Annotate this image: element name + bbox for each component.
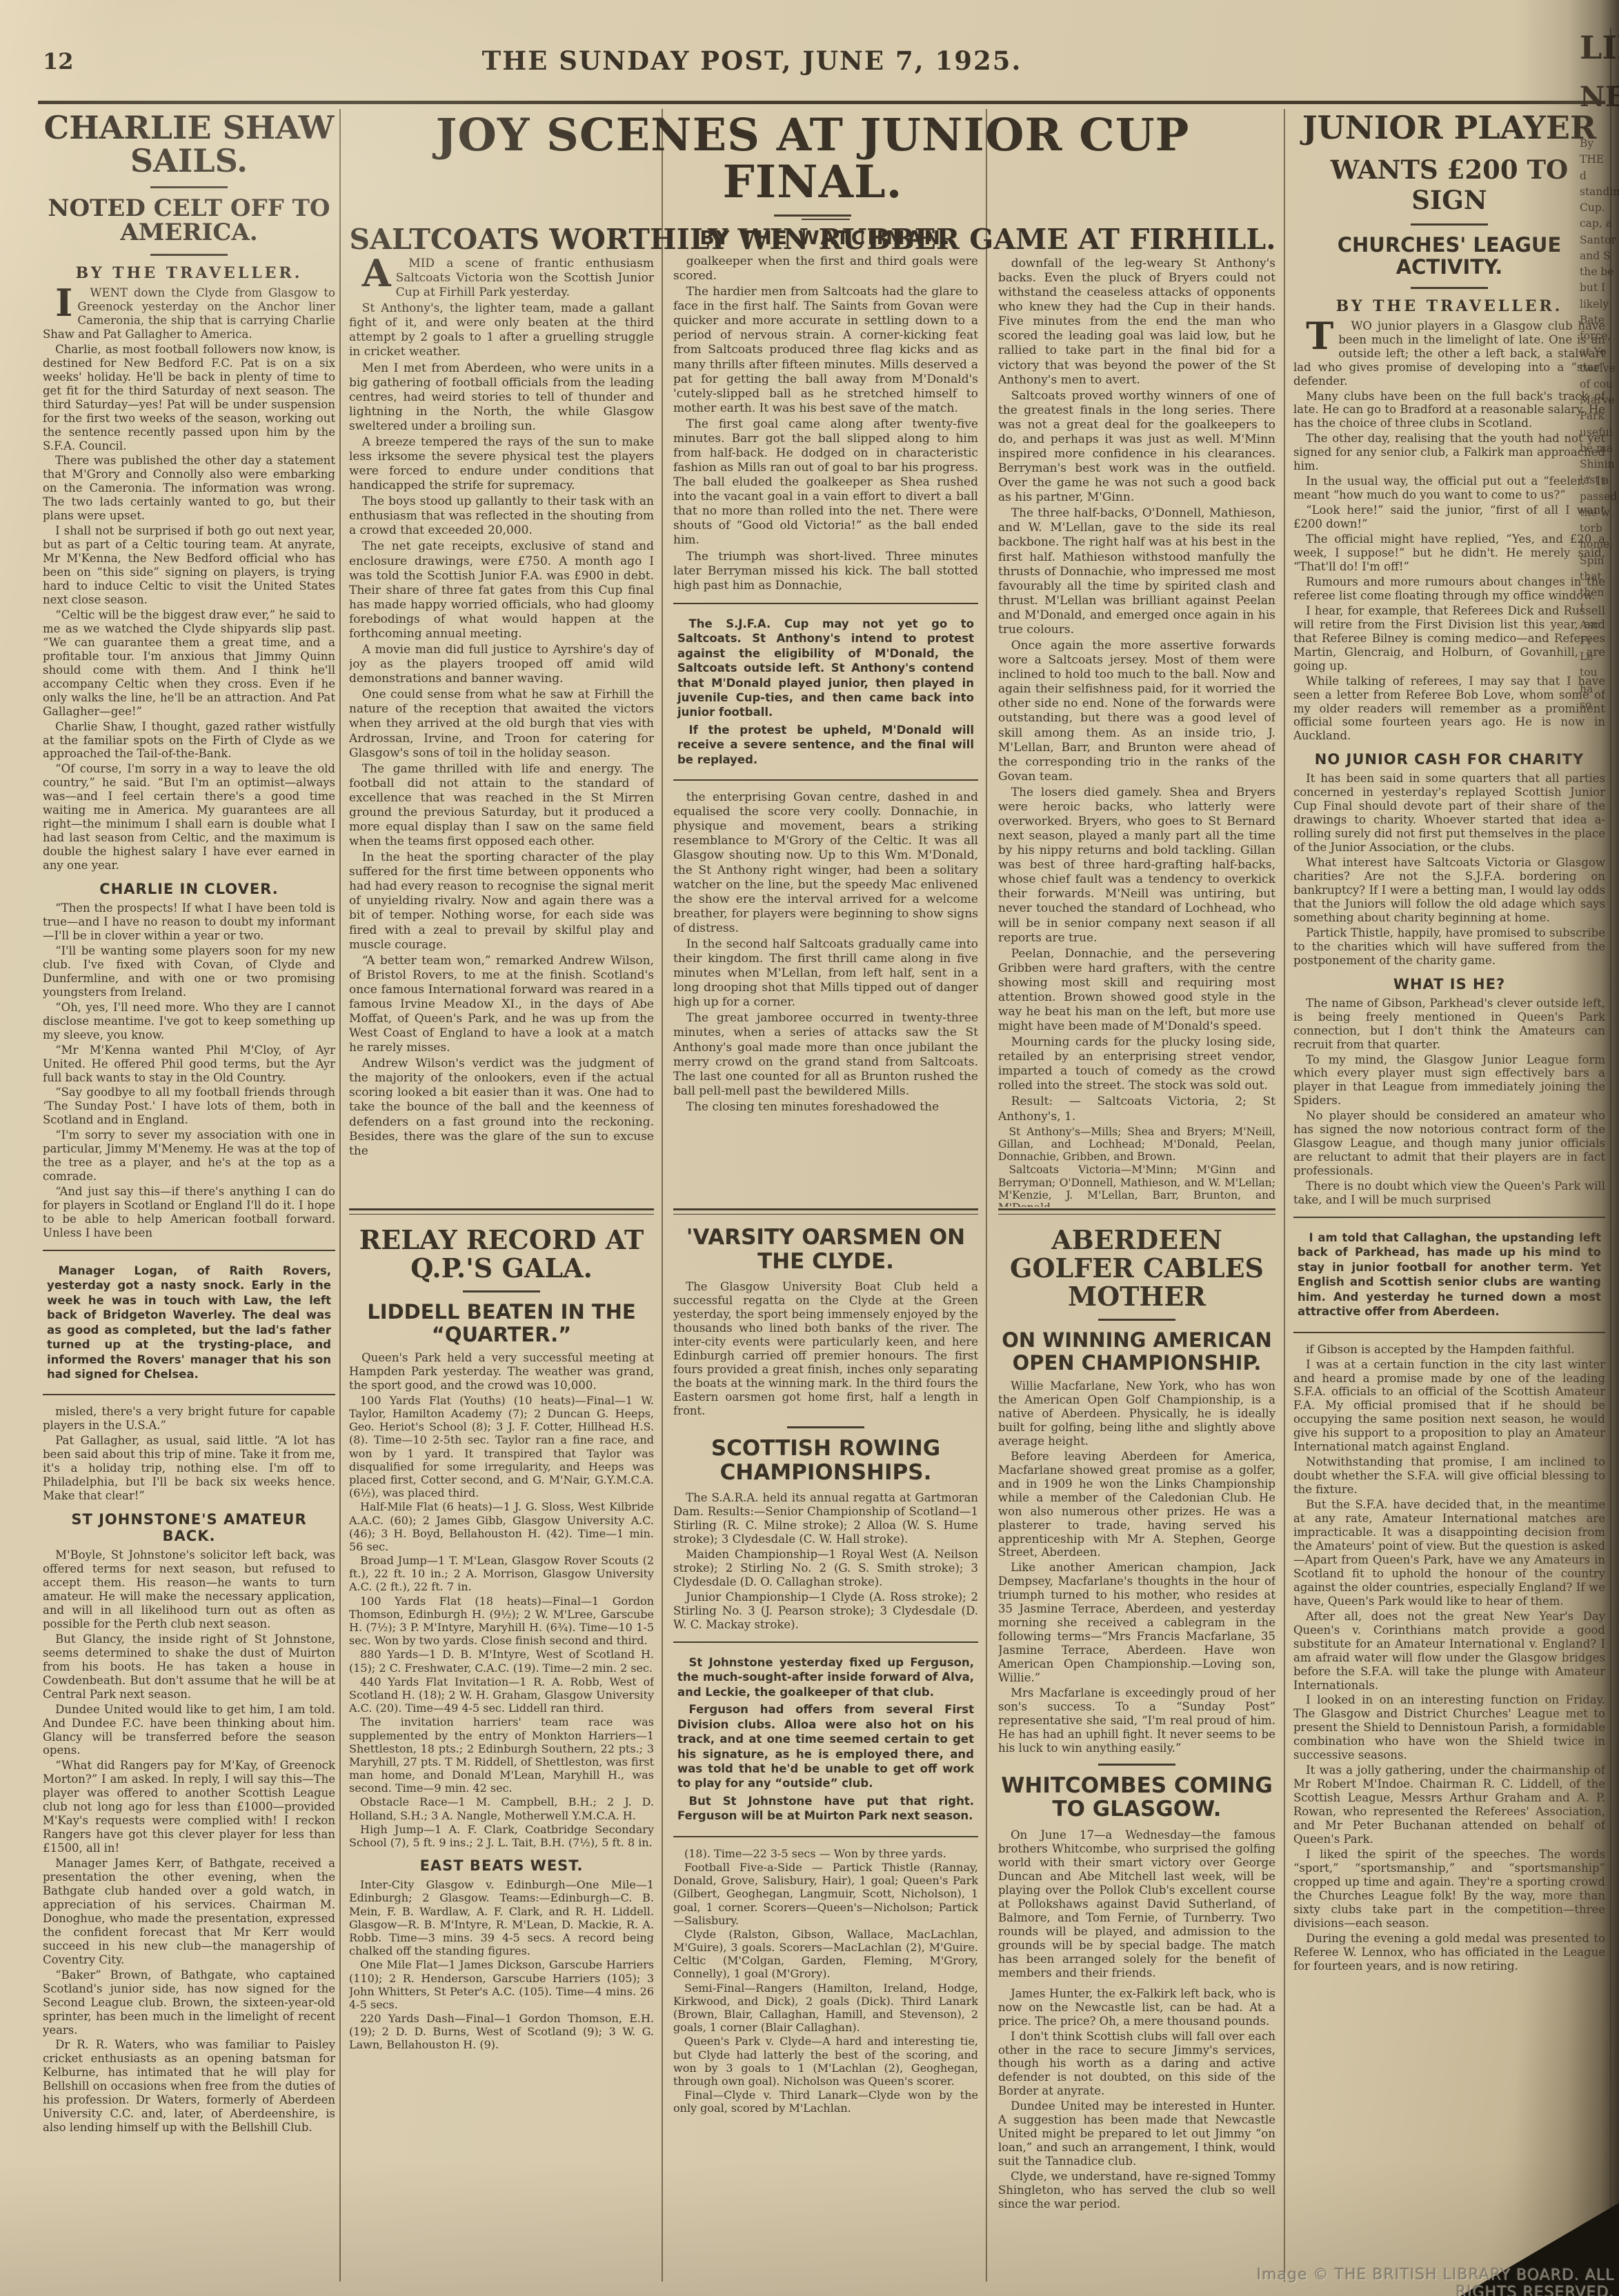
result-line: Final—Clyde v. Third Lanark—Clyde won by… <box>673 2088 978 2115</box>
article-relay-record: RELAY RECORD AT Q.P.'S GALA. LIDDELL BEA… <box>349 1208 654 2282</box>
paragraph: The official might have replied, “Yes, a… <box>1293 532 1605 574</box>
edge-fragment: useful <box>1580 425 1619 441</box>
paragraph: M'Boyle, St Johnstone's solicitor left b… <box>43 1548 335 1631</box>
boxed-note-sjfa-protest: The S.J.F.A. Cup may not yet go to Saltc… <box>673 603 978 781</box>
result-line: The invitation harriers' team race was s… <box>349 1715 654 1795</box>
box-paragraph: I am told that Callaghan, the upstanding… <box>1298 1230 1601 1319</box>
divider <box>150 254 228 256</box>
boxed-note-manager-logan: Manager Logan, of Raith Rovers, yesterda… <box>43 1250 335 1396</box>
paragraph: Before leaving Aberdeen for America, Mac… <box>998 1450 1275 1560</box>
edge-fragment: standing <box>1580 184 1619 200</box>
edge-fragment: Asc <box>1580 617 1619 633</box>
article-body: M'Boyle, St Johnstone's solicitor left b… <box>43 1548 335 2135</box>
article-body: The S.A.R.A. held its annual regatta at … <box>673 1491 978 1632</box>
paragraph: The first goal came along after twenty-f… <box>673 417 978 548</box>
edge-fragment: I <box>1580 601 1619 617</box>
paragraph: One could sense from what he saw at Firh… <box>349 688 654 760</box>
paragraph: Rumours and more rumours about changes i… <box>1293 575 1605 603</box>
paragraph: After all, does not the great New Year's… <box>1293 1610 1605 1693</box>
section-title: 'VARSITY OARSMEN ON THE CLYDE. <box>673 1226 978 1273</box>
edge-fragment: likely <box>1580 297 1619 312</box>
divider <box>1098 1319 1175 1321</box>
paragraph: Dundee United may be interested in Hunte… <box>998 2099 1275 2168</box>
paragraph: if Gibson is accepted by the Hampden fai… <box>1293 1343 1605 1357</box>
paragraph: Pat Gallagher, as usual, said little. “A… <box>43 1434 335 1503</box>
article-body: Queen's Park held a very successful meet… <box>349 1351 654 1392</box>
paragraph: A breeze tempered the rays of the sun to… <box>349 435 654 493</box>
edge-fragment: tou <box>1580 665 1619 681</box>
article-body: if Gibson is accepted by the Hampden fai… <box>1293 1343 1605 1973</box>
paragraph: The Glasgow University Boat Club held a … <box>673 1280 978 1418</box>
paragraph: A movie man did full justice to Ayrshire… <box>349 643 654 686</box>
paragraph: To my mind, the Glasgow Junior League fo… <box>1293 1053 1605 1108</box>
paragraph: Mourning cards for the plucky losing sid… <box>998 1035 1275 1093</box>
paragraph: “Oh, yes, I'll need more. Who they are I… <box>43 1001 335 1042</box>
paragraph: goalkeeper when the first and third goal… <box>673 254 978 283</box>
results-list: 100 Yards Flat (Youths) (10 heats)—Final… <box>349 1394 654 1849</box>
article-title: JUNIOR PLAYER <box>1293 112 1605 145</box>
article-body: AMID a scene of frantic enthusiasm Saltc… <box>349 257 654 1159</box>
result-line: Semi-Final—Rangers (Hamilton, Ireland, H… <box>673 1981 978 2035</box>
paragraph: Once again the more assertive forwards w… <box>998 639 1275 784</box>
paragraph: Andrew Wilson's verdict was the judgment… <box>349 1057 654 1159</box>
article-body: Willie Macfarlane, New York, who has won… <box>998 1379 1275 1755</box>
divider <box>787 1426 864 1428</box>
results-list: Inter-City Glasgow v. Edinburgh—One Mile… <box>349 1878 654 2051</box>
section-rule <box>998 1208 1275 1215</box>
paragraph: It has been said in some quarters that a… <box>1293 772 1605 855</box>
result-line: High Jump—1 A. F. Clark, Coatbridge Seco… <box>349 1823 654 1849</box>
result-line: 880 Yards—1 D. B. M'Intyre, West of Scot… <box>349 1648 654 1674</box>
paragraph: In the usual way, the official put out a… <box>1293 475 1605 502</box>
paragraph: The closing ten minutes foreshadowed the <box>673 1100 978 1115</box>
paragraph: “Mr M'Kenna wanted Phil M'Cloy, of Ayr U… <box>43 1044 335 1085</box>
edge-fragment: home, <box>1580 537 1619 552</box>
paragraph: Junior Championship—1 Clyde (A. Ross str… <box>673 1590 978 1632</box>
edge-fragment: Santor <box>1580 232 1619 248</box>
edge-fragment: By <box>1580 136 1619 152</box>
divider <box>1411 223 1488 226</box>
paragraph: The boys stood up gallantly to their tas… <box>349 495 654 538</box>
paragraph: I was at a certain function in the city … <box>1293 1358 1605 1455</box>
paragraph: the enterprising Govan centre, dashed in… <box>673 790 978 936</box>
article-subtitle: CHURCHES' LEAGUE ACTIVITY. <box>1293 234 1605 279</box>
divider <box>1411 287 1488 289</box>
box-paragraph: But St Johnstone have put that right. Fe… <box>677 1794 974 1824</box>
paragraph: I looked in on an interesting function o… <box>1293 1693 1605 1762</box>
paragraph: Dundee United would like to get him, I a… <box>43 1703 335 1758</box>
edge-fragment: Le <box>1580 649 1619 665</box>
article-body: the enterprising Govan centre, dashed in… <box>673 790 978 1115</box>
paragraph: The triumph was short-lived. Three minut… <box>673 550 978 593</box>
result-line: 220 Yards Dash—Final—1 Gordon Thomson, E… <box>349 2012 654 2052</box>
result-line: Broad Jump—1 T. M'Lean, Glasgow Rover Sc… <box>349 1554 654 1594</box>
column-rule <box>986 109 987 2282</box>
five-a-side-results: (18). Time—22 3-5 secs — Won by three ya… <box>673 1847 978 2115</box>
result-line: 100 Yards Flat (Youths) (10 heats)—Final… <box>349 1394 654 1500</box>
paragraph: Peelan, Donnachie, and the persevering G… <box>998 947 1275 1034</box>
article-body: misled, there's a very bright future for… <box>43 1405 335 1503</box>
paragraph: James Hunter, the ex-Falkirk left back, … <box>998 1987 1275 2028</box>
article-body: James Hunter, the ex-Falkirk left back, … <box>998 1987 1275 2211</box>
article-junior-player: JUNIOR PLAYER WANTS £200 TO SIGN CHURCHE… <box>1293 112 1605 2283</box>
article-body: I WENT down the Clyde from Glasgow to Gr… <box>43 286 335 872</box>
section-title-whitcombes: WHITCOMBES COMING TO GLASGOW. <box>998 1774 1275 1821</box>
paragraph: The game thrilled with life and energy. … <box>349 762 654 849</box>
article-body: The name of Gibson, Parkhead's clever ou… <box>1293 997 1605 1207</box>
paragraph: During the evening a gold medal was pres… <box>1293 1932 1605 1973</box>
column-rule <box>339 109 341 2282</box>
edge-fragment: last a <box>1580 472 1619 488</box>
main-article-col-3: downfall of the leg-weary St Anthony's b… <box>998 257 1275 1207</box>
divider <box>802 219 850 220</box>
paragraph: Men I met from Aberdeen, who were units … <box>349 361 654 434</box>
paragraph: “I'm sorry to sever my association with … <box>43 1128 335 1184</box>
paragraph: Clyde, we understand, have re-signed Tom… <box>998 2170 1275 2211</box>
paragraph: The losers died gamely. Shea and Bryers … <box>998 786 1275 946</box>
boxed-note-callaghan: I am told that Callaghan, the upstanding… <box>1293 1217 1605 1333</box>
paragraph: Notwithstanding that promise, I am incli… <box>1293 1455 1605 1497</box>
team-line: St Anthony's—Mills; Shea and Bryers; M'N… <box>998 1126 1275 1164</box>
edge-fragment: Shinin <box>1580 457 1619 472</box>
article-title-2: WANTS £200 TO SIGN <box>1293 154 1605 215</box>
box-paragraph: Manager Logan, of Raith Rovers, yesterda… <box>47 1264 331 1382</box>
paragraph: Charlie, as most football followers now … <box>43 343 335 453</box>
result-line: (18). Time—22 3-5 secs — Won by three ya… <box>673 1847 978 1860</box>
paragraph: In the second half Saltcoats gradually c… <box>673 937 978 1010</box>
result-line: Half-Mile Flat (6 heats)—1 J. G. Sloss, … <box>349 1500 654 1553</box>
paragraph: Maiden Championship—1 Royal West (A. Nei… <box>673 1548 978 1589</box>
result-line: Queen's Park v. Clyde—A hard and interes… <box>673 2035 978 2088</box>
british-library-watermark: Image © THE BRITISH LIBRARY BOARD. ALL R… <box>1214 2266 1614 2296</box>
paragraph: “Then the prospects! If what I have been… <box>43 901 335 943</box>
box-paragraph: St Johnstone yesterday fixed up Ferguson… <box>677 1655 974 1699</box>
result-line: 100 Yards Flat (18 heats)—Final—1 Gordon… <box>349 1595 654 1648</box>
result-line: Inter-City Glasgow v. Edinburgh—One Mile… <box>349 1878 654 1957</box>
article-body: On June 17—a Wednesday—the famous brothe… <box>998 1828 1275 1979</box>
paragraph: “Baker” Brown, of Bathgate, who captaine… <box>43 1968 335 2037</box>
paragraph: “What did Rangers pay for M'Kay, of Gree… <box>43 1759 335 1855</box>
paragraph: In the heat the sporting character of th… <box>349 850 654 952</box>
paragraph: Result: — Saltcoats Victoria, 2; St Anth… <box>998 1095 1275 1124</box>
paragraph: I hear, for example, that Referees Dick … <box>1293 604 1605 673</box>
result-line: 440 Yards Flat Invitation—1 R. A. Robb, … <box>349 1675 654 1715</box>
paragraph: But the S.F.A. have decided that, in the… <box>1293 1498 1605 1608</box>
paragraph: On June 17—a Wednesday—the famous brothe… <box>998 1828 1275 1979</box>
paragraph: TWO junior players in a Glasgow club hav… <box>1293 319 1605 388</box>
paragraph: St Anthony's, the lighter team, made a g… <box>349 301 654 359</box>
paragraph: The great jamboree occurred in twenty-th… <box>673 1011 978 1098</box>
article-varsity-oarsmen: 'VARSITY OARSMEN ON THE CLYDE. The Glasg… <box>673 1208 978 2282</box>
edge-fragment: torb <box>1580 521 1619 537</box>
main-article-col-2: BY THE WATCHMAN. goalkeeper when the fir… <box>673 212 978 1207</box>
main-article-col-1: AMID a scene of frantic enthusiasm Saltc… <box>349 257 654 1207</box>
article-body: downfall of the leg-weary St Anthony's b… <box>998 257 1275 1124</box>
box-paragraph: The S.J.F.A. Cup may not yet go to Saltc… <box>677 617 974 720</box>
edge-fragments: ByTHEdstandingCup.cap, aSantorand Sthe b… <box>1580 136 1619 713</box>
paragraph: “Of course, I'm sorry in a way to leave … <box>43 762 335 872</box>
edge-fragment: and S <box>1580 248 1619 264</box>
column-rule <box>1284 109 1285 2282</box>
result-line: Clyde (Ralston, Gibson, Wallace, MacLach… <box>673 1928 978 1981</box>
subhead-east-beats-west: EAST BEATS WEST. <box>349 1857 654 1874</box>
paragraph: Saltcoats proved worthy winners of one o… <box>998 389 1275 506</box>
section-title: ABERDEEN GOLFER CABLES MOTHER <box>998 1226 1275 1310</box>
paragraph: I WENT down the Clyde from Glasgow to Gr… <box>43 286 335 341</box>
newspaper-page: 12 THE SUNDAY POST, JUNE 7, 1925. CHARLI… <box>0 0 1619 2296</box>
paragraph: misled, there's a very bright future for… <box>43 1405 335 1432</box>
paragraph: “Say goodbye to all my football friends … <box>43 1086 335 1127</box>
article-body: It has been said in some quarters that a… <box>1293 772 1605 967</box>
paragraph: AMID a scene of frantic enthusiasm Saltc… <box>349 257 654 300</box>
edge-fragment: ha <box>1580 681 1619 697</box>
edge-fragment: twelve <box>1580 361 1619 377</box>
result-line: One Mile Flat—1 James Dickson, Garscube … <box>349 1958 654 2011</box>
section-rule <box>673 1208 978 1215</box>
edge-fragment: d <box>1580 168 1619 184</box>
paragraph: Partick Thistle, happily, have promised … <box>1293 926 1605 968</box>
masthead-title: THE SUNDAY POST, JUNE 7, 1925. <box>0 46 1504 76</box>
paragraph: While talking of referees, I may say tha… <box>1293 675 1605 743</box>
paragraph: There was published the other day a stat… <box>43 454 335 523</box>
edge-fragment: of cou <box>1580 377 1619 392</box>
paragraph: “A better team won,” remarked Andrew Wil… <box>349 954 654 1056</box>
column-rule <box>662 109 663 2282</box>
paragraph: Manager James Kerr, of Bathgate, receive… <box>43 1857 335 1967</box>
team-lists: St Anthony's—Mills; Shea and Bryers; M'N… <box>998 1126 1275 1207</box>
paragraph: Queen's Park held a very successful meet… <box>349 1351 654 1392</box>
paragraph: Many clubs have been on the full back's … <box>1293 390 1605 431</box>
paragraph: “Look here!” said the junior, “first of … <box>1293 503 1605 531</box>
paragraph: The net gate receipts, exclusive of stan… <box>349 539 654 641</box>
edge-fragment: Cup. <box>1580 200 1619 216</box>
paragraph: I don't think Scottish clubs will fall o… <box>998 2030 1275 2099</box>
edge-fragment: force, <box>1580 328 1619 344</box>
article-body: “Then the prospects! If what I have been… <box>43 901 335 1240</box>
paragraph: I liked the spirit of the speeches. The … <box>1293 1848 1605 1930</box>
adjacent-page-edge: LIK NEW ByTHEdstandingCup.cap, aSantoran… <box>1580 29 1619 2277</box>
section-subtitle: ON WINNING AMERICAN OPEN CHAMPIONSHIP. <box>998 1329 1275 1374</box>
main-headline: JOY SCENES AT JUNIOR CUP FINAL. <box>346 112 1279 206</box>
divider <box>150 186 228 188</box>
article-body: TWO junior players in a Glasgow club hav… <box>1293 319 1605 743</box>
edge-fragment-headline: NEW <box>1580 79 1619 115</box>
article-body: The Glasgow University Boat Club held a … <box>673 1280 978 1418</box>
subhead-what-is-he: WHAT IS HE? <box>1293 976 1605 992</box>
edge-fragment: that <box>1580 569 1619 585</box>
paragraph: But Glancy, the inside right of St Johns… <box>43 1633 335 1701</box>
edge-fragment: but I <box>1580 280 1619 296</box>
edge-fragment-headline: LIK <box>1580 29 1619 67</box>
byline-watchman: BY THE WATCHMAN. <box>673 226 978 249</box>
paragraph: What interest have Saltcoats Victoria or… <box>1293 856 1605 925</box>
result-line: Football Five-a-Side — Partick Thistle (… <box>673 1861 978 1927</box>
edge-fragment: Park <box>1580 408 1619 424</box>
paragraph: “And just say this—if there's anything I… <box>43 1185 335 1240</box>
divider <box>1098 1764 1175 1766</box>
team-line: Saltcoats Victoria—M'Minn; M'Ginn and Be… <box>998 1164 1275 1207</box>
paragraph: “Celtic will be the biggest draw ever,” … <box>43 608 335 719</box>
article-aberdeen-golfer: ABERDEEN GOLFER CABLES MOTHER ON WINNING… <box>998 1208 1275 2282</box>
edge-fragment: cap, a <box>1580 216 1619 232</box>
paragraph: “I'll be wanting some players soon for m… <box>43 944 335 999</box>
paragraph: downfall of the leg-weary St Anthony's b… <box>998 257 1275 388</box>
paragraph: Willie Macfarlane, New York, who has won… <box>998 1379 1275 1448</box>
boxed-note-st-johnstone-ferguson: St Johnstone yesterday fixed up Ferguson… <box>673 1641 978 1837</box>
paragraph: The hardier men from Saltcoats had the g… <box>673 285 978 416</box>
subhead-no-junior-cash: NO JUNIOR CASH FOR CHARITY <box>1293 751 1605 768</box>
box-paragraph: If the protest be upheld, M'Donald will … <box>677 723 974 767</box>
paragraph: Dr R. R. Waters, who was familiar to Pai… <box>43 2038 335 2135</box>
edge-fragment: then <box>1580 585 1619 601</box>
paragraph: The S.A.R.A. held its annual regatta at … <box>673 1491 978 1546</box>
edge-fragment: Spin <box>1580 553 1619 569</box>
byline: BY THE TRAVELLER. <box>43 264 335 282</box>
edge-fragment: Bate <box>1580 312 1619 328</box>
edge-fragment: passed <box>1580 489 1619 505</box>
subhead-st-johnstones-amateur-back: ST JOHNSTONE'S AMATEUR BACK. <box>43 1511 335 1544</box>
article-title: CHARLIE SHAW SAILS. <box>43 112 335 178</box>
article-charlie-shaw: CHARLIE SHAW SAILS. NOTED CELT OFF TO AM… <box>43 112 335 2283</box>
edge-fragment: be ma <box>1580 441 1619 457</box>
section-subtitle: LIDDELL BEATEN IN THE “QUARTER.” <box>349 1301 654 1346</box>
section-title: RELAY RECORD AT Q.P.'S GALA. <box>349 1226 654 1282</box>
subhead-charlie-in-clover: CHARLIE IN CLOVER. <box>43 881 335 897</box>
paragraph: No player should be considered an amateu… <box>1293 1109 1605 1178</box>
masthead-rule <box>38 101 1605 104</box>
section-rule <box>349 1208 654 1215</box>
paragraph: The other day, realising that the youth … <box>1293 432 1605 473</box>
section-title-rowing: SCOTTISH ROWING CHAMPIONSHIPS. <box>673 1437 978 1484</box>
paragraph: Charlie Shaw, I thought, gazed rather wi… <box>43 720 335 761</box>
article-body: goalkeeper when the first and third goal… <box>673 254 978 593</box>
edge-fragment: at Yo <box>1580 344 1619 360</box>
edge-fragment: Fr <box>1580 633 1619 649</box>
result-line: Obstacle Race—1 M. Campbell, B.H.; 2 J. … <box>349 1795 654 1821</box>
edge-fragment: so <box>1580 697 1619 713</box>
paragraph: The three half-backs, O'Donnell, Mathies… <box>998 506 1275 637</box>
paragraph: Mrs Macfarlane is exceedingly proud of h… <box>998 1686 1275 1755</box>
edge-fragment: THE <box>1580 152 1619 168</box>
paragraph: Like another American champion, Jack Dem… <box>998 1561 1275 1685</box>
edge-fragment: the be <box>1580 264 1619 280</box>
edge-fragment: the w <box>1580 505 1619 521</box>
paragraph: The name of Gibson, Parkhead's clever ou… <box>1293 997 1605 1052</box>
article-subtitle: NOTED CELT OFF TO AMERICA. <box>43 197 335 246</box>
paragraph: It was a jolly gathering, under the chai… <box>1293 1764 1605 1846</box>
paragraph: I shall not be surprised if both go out … <box>43 524 335 607</box>
box-paragraph: Ferguson had offers from several First D… <box>677 1702 974 1791</box>
edge-fragment: Marve <box>1580 392 1619 408</box>
byline: BY THE TRAVELLER. <box>1293 297 1605 315</box>
paragraph: There is no doubt which view the Queen's… <box>1293 1179 1605 1207</box>
divider <box>463 1290 540 1292</box>
